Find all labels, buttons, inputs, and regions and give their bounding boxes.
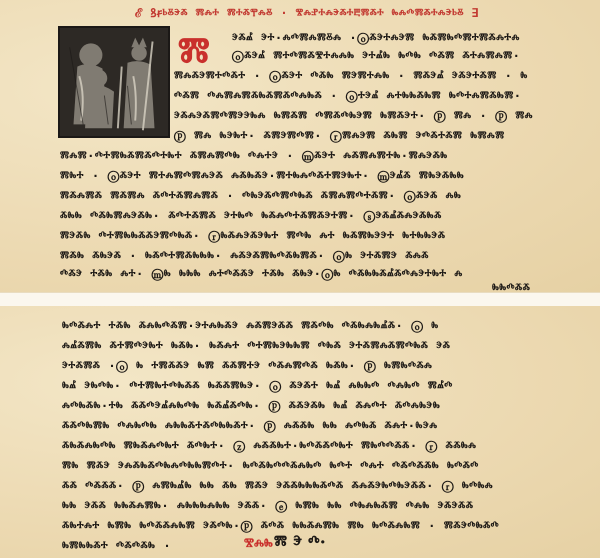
text-line: ⰵⰶⰾⰵⰶⰿⰴⰿⰵⰵⰸⰾ ⰸⰿⰶⰿ ⰴⰿⰶⰴⰸⰵⰿ ⰸⰿⰶⰵⰰ· ⓟ ⰿⰾ · … bbox=[174, 108, 533, 124]
closing-text: ⰿ ⰵ ⰴ· bbox=[274, 532, 326, 553]
bottom-page-fragment: ⰸⰴⰶⰾⰰ ⰰⰶⰸ ⰶⰾⰸⰴⰶⰿ·ⰵⰰⰾⰸⰶⰵ ⰾⰶⰿⰵⰶⰶ ⰿⰶⰴⰸ ⰴⰶⰸⰾ… bbox=[0, 306, 600, 558]
text-line: ⰶⰸⰶⰾⰸⰴⰸ ⰿⰸⰶⰾⰴⰸⰰ ⰶⰴⰸⰰ· ⓩ ⰾⰶⰶⰸⰰ·ⰸⰴⰶⰶⰴⰸⰰ ⰿⰸ… bbox=[62, 438, 476, 454]
top-page-fragment: ℰ ꝸꞧⱃⰻⰵⰶ ⰿⰾⰰ ⰿⰰⰶⰹⰾⰻ · ⰺⰾⱀⰰⰾⰵⰶⰰⰱⰿⰶⰰ ⰸⰾⰴⰿⰶ… bbox=[0, 0, 600, 292]
text-line: ⰿⰶⰾⰿⰶ ⰿⰶⰿⰾ ⰶⰴⰰⰶⰿⰾⰿⰶ · ⰴⰸⰵⰶⰴⰿⰴⰸⰶ ⰶⰿⰾⰿⰴⰰⰶⰿ… bbox=[60, 188, 461, 204]
text-line: ⰾⰴⰸⰶⰸ·ⰰⰸ ⰶⰶⰴⰵⰼⰾⰸⰴⰸ ⰸⰶⰼⰶⰴⰸ· ⓟ ⰶⰶⰵⰶⰸ ⰸⰼ ⰶⰾ… bbox=[62, 398, 440, 414]
text-line: ⰵⰶⰼ ⰵⰰ·ⰾⰴⰿⰾⰿⰻⰾ ·ⓞⰶⰵⰰⰾⰵⰿ ⰸⰶⰿⰸⰴⰿⰰⰿⰶⰾⰰⰾ bbox=[232, 30, 562, 46]
woodcut-figures-icon bbox=[60, 28, 168, 136]
text-line: ⰿⰶⰸ ⰶⰸⰵⰶ · ⰸⰶⰴⰰⰿⰶⰸⰸⰸ· ⰾⰶⰵⰶⰿⰸⰴⰶⰸⰿⰶ· ⓞⰸ ⰵⰰ… bbox=[60, 248, 429, 264]
text-line: ⰸⰼ ⰵⰸⰴⰸ· ⰴⰰⰿⰸⰰⰴⰸⰶⰶ ⰸⰶⰶⰿⰸⰵ· ⓞ ⰶⰵⰶⰰ ⰸⰼ ⰾⰸⰸ… bbox=[62, 378, 453, 394]
text-line: ⰿⰾⰶⰵⰿⰰⰴⰶⰰ · ⓞⰶⰵⰰ ⰴⰶⰸ ⰿⰵⰿⰰⰾⰸ · ⰿⰶⰵⰼ ⰵⰶⰵⰰⰶ… bbox=[174, 68, 528, 84]
text-line: ⰿⰵⰶⰸ ⰴⰰⰿⰸⰸⰶⰶⰵⰿⰴⰸⰶ· ⓡⰸⰶⰾⰵⰶⰵⰸⰰ ⰿⰴⰸ ⰾⰰ ⰸⰶⰿⰸ… bbox=[60, 228, 445, 244]
text-line: ⰿⰸⰰ · ⓞⰶⰵⰰ ⰿⰰⰾⰿⰴⰿⰾⰵⰶ ⰾⰶⰸⰶⰵ·ⰿⰰⰸⰾⰴⰶⰰⰿⰵⰸⰰ· … bbox=[60, 168, 464, 184]
text-line: ⰶⰶⰴⰸⰿⰸ ⰴⰾⰸⰴⰸ ⰾⰸⰸⰶⰰⰶⰴⰸⰸⰶⰰ· ⓟ ⰾⰶⰶⰸ ⰸⰸ ⰾⰴⰸⰶ… bbox=[62, 418, 437, 434]
woodcut-illustration bbox=[58, 26, 170, 138]
text-line: ⰴⰶⰿ ⰴⰾⰿⰾⰿⰶⰸⰶⰿⰶⰴⰾⰸⰶ · ⓞⰰⰵⰼ ⰾⰰⰸⰸⰶⰸⰿ ⰸⰴⰰⰾⰿⰶ… bbox=[174, 88, 522, 104]
text-line: ⰸⰴⰶⰾⰰ ⰰⰶⰸ ⰶⰾⰸⰴⰶⰿ·ⰵⰰⰾⰸⰶⰵ ⰾⰶⰿⰵⰶⰶ ⰿⰶⰴⰸ ⰴⰶⰸⰾ… bbox=[62, 318, 439, 334]
rubric-heading: ℰ ꝸꞧⱃⰻⰵⰶ ⰿⰾⰰ ⰿⰰⰶⰹⰾⰻ · ⰺⰾⱀⰰⰾⰵⰶⰰⰱⰿⰶⰰ ⰸⰾⰴⰿⰶ… bbox=[135, 4, 479, 21]
text-line: ⰴⰶⰵ ⰰⰶⰸ ⰾⰰ· ⓜⰸ ⰸⰸⰸ ⰾⰰⰴⰶⰶⰵ ⰰⰶⰸ ⰶⰸⰵ·ⓞⰸ ⰴⰶⰸ… bbox=[60, 266, 463, 282]
text-line: ⰸⰿⰸⰸⰶⰰ ⰴⰶⰴⰶⰸ · bbox=[62, 538, 171, 554]
text-line: ⰶⰸⰸ ⰴⰶⰸⰿⰾⰵⰶⰸ· ⰶⰴⰰⰶⰿⰶ ⰵⰰⰸⰴ ⰸⰶⰾⰴⰰⰶⰿⰶⰵⰰⰿ· ⓢ… bbox=[60, 208, 442, 224]
text-line: ⰾⰼⰶⰿⰸ ⰶⰰⰿⰴⰵⰸⰰ ⰸⰶⰸ· ⰸⰶⰾⰰ ⰴⰰⰿⰸⰵⰸⰸⰿ ⰴⰸⰶ ⰵⰰⰶ… bbox=[62, 338, 450, 354]
text-line: ⰿⰾⰿ·ⰴⰰⰿⰸⰶⰿⰶⰴⰰⰸⰰ ⰶⰿⰾⰿⰴⰸ ⰴⰾⰰⰵ · ⓜⰶⰵⰰ ⰾⰶⰿⰾⰿ… bbox=[60, 148, 448, 164]
text-line: ⰸⰸ ⰵⰶⰶ ⰸⰸⰶⰾⰿⰸ· ⰾⰸⰸⰸⰾⰸⰸ ⰵⰶⰶ· ⓔ ⰸⰿⰸ ⰸⰸ ⰴⰸⰾ… bbox=[62, 498, 473, 514]
closing-rubric: ⰺⰾⰸ bbox=[244, 534, 273, 554]
text-line: ⰵⰰⰶⰿⰶ ·ⓞ ⰸ ⰰⰿⰶⰶⰵ ⰸⰿ ⰶⰶⰿⰰⰵ ⰴⰶⰾⰿⰴⰶ ⰸⰶⰸ· ⓟ … bbox=[62, 358, 432, 374]
text-line: ⓟ ⰿⰾ ⰸⰵⰸⰰ· ⰶⰿⰵⰿⰴⰿ· ⓡⰿⰾⰵⰿ ⰶⰸⰿ ⰵⰴⰶⰰⰶⰿ ⰸⰿⰾⰿ bbox=[174, 128, 505, 144]
text-line: ⓞⰶⰵⰼ ⰿⰰⰴⰿⰶⰺⰰⰾⰾⰸ ⰵⰰⰼⰸ ⰸⰴⰸ ⰴⰶⰿ ⰶⰰⰾⰿⰾⰿ· bbox=[232, 48, 520, 64]
text-line: ⰶⰶ ⰴⰶⰶⰶ· ⓟ ⰾⰿⰸⰼⰸ ⰸⰸ ⰶⰸ ⰿⰶⰵ ⰵⰶⰶⰸⰸⰸⰶⰴⰶ ⰶⰾⰶ… bbox=[62, 478, 493, 494]
text-line: ⰿⰸ ⰿⰶⰵ ⰵⰾⰶⰸⰶⰴⰸⰾⰴⰸⰸⰿⰴⰰ· ⰸⰴⰶⰸⰴⰴⰶⰾⰸⰴ ⰸⰴⰰ ⰴⰾ… bbox=[62, 458, 479, 474]
